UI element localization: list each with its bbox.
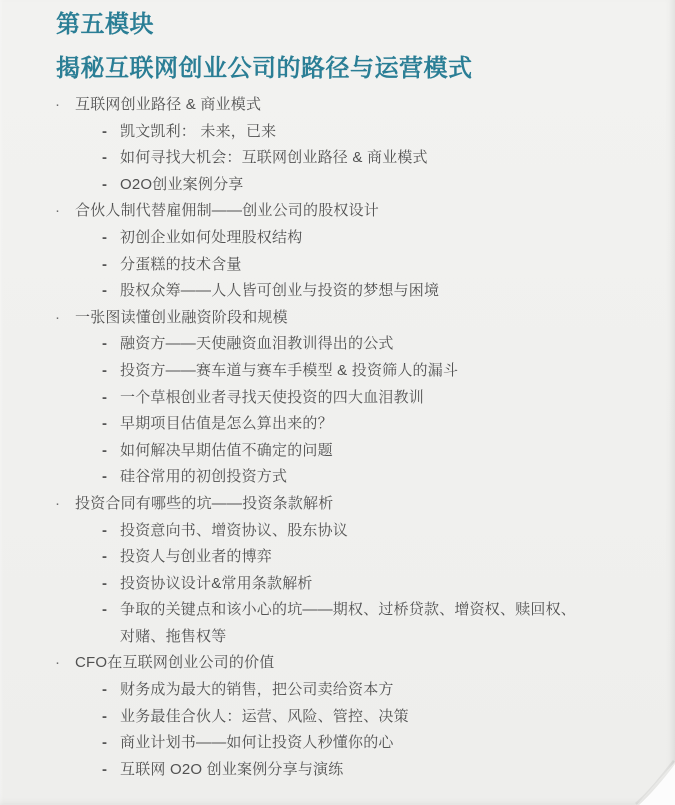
outline-section-row: ·CFO在互联网创业公司的价值 xyxy=(0,650,675,677)
bullet-dash-icon: - xyxy=(102,544,120,571)
topic-label: 投资方——赛车道与赛车手模型 & 投资筛人的漏斗 xyxy=(120,358,458,385)
bullet-dash-icon: - xyxy=(102,730,120,757)
bullet-dash-icon: - xyxy=(102,757,120,784)
bullet-dot-icon: · xyxy=(55,92,75,119)
topic-label: 争取的关键点和该小心的坑——期权、过桥贷款、增资权、赎回权、对赌、拖售权等 xyxy=(120,597,580,650)
outline-item-row: -凯文凯利： 未来，已来 xyxy=(0,119,675,146)
topic-label: 分蛋糕的技术含量 xyxy=(120,252,242,279)
bullet-dash-icon: - xyxy=(102,464,120,491)
topic-label: 初创企业如何处理股权结构 xyxy=(120,225,302,252)
topic-label: 融资方——天使融资血泪教训得出的公式 xyxy=(120,331,394,358)
topic-label: 凯文凯利： 未来，已来 xyxy=(120,119,276,146)
bullet-dash-icon: - xyxy=(102,597,120,624)
bullet-dash-icon: - xyxy=(102,571,120,598)
outline-item-row: -早期项目估值是怎么算出来的？ xyxy=(0,411,675,438)
outline-item-row: -股权众筹——人人皆可创业与投资的梦想与困境 xyxy=(0,278,675,305)
bullet-dash-icon: - xyxy=(102,518,120,545)
topic-label: 投资协议设计&常用条款解析 xyxy=(120,571,313,598)
bullet-dash-icon: - xyxy=(102,438,120,465)
bullet-dot-icon: · xyxy=(55,305,75,332)
bullet-dash-icon: - xyxy=(102,358,120,385)
bullet-dash-icon: - xyxy=(102,704,120,731)
outline-item-row: -业务最佳合伙人：运营、风险、管控、决策 xyxy=(0,704,675,731)
outline-item-row: -O2O创业案例分享 xyxy=(0,172,675,199)
bullet-dash-icon: - xyxy=(102,677,120,704)
outline-item-row: -初创企业如何处理股权结构 xyxy=(0,225,675,252)
section-label: 投资合同有哪些的坑——投资条款解析 xyxy=(75,491,333,518)
outline-item-row: -商业计划书——如何让投资人秒懂你的心 xyxy=(0,730,675,757)
topic-label: 投资意向书、增资协议、股东协议 xyxy=(120,518,348,545)
outline-item-row: -投资方——赛车道与赛车手模型 & 投资筛人的漏斗 xyxy=(0,358,675,385)
outline-item-row: -财务成为最大的销售，把公司卖给资本方 xyxy=(0,677,675,704)
outline-section-row: ·投资合同有哪些的坑——投资条款解析 xyxy=(0,491,675,518)
topic-label: 投资人与创业者的博弈 xyxy=(120,544,272,571)
bullet-dash-icon: - xyxy=(102,278,120,305)
outline-item-row: -一个草根创业者寻找天使投资的四大血泪教训 xyxy=(0,385,675,412)
topic-label: 早期项目估值是怎么算出来的？ xyxy=(120,411,333,438)
outline: ·互联网创业路径 & 商业模式-凯文凯利： 未来，已来-如何寻找大机会：互联网创… xyxy=(0,92,675,783)
bullet-dot-icon: · xyxy=(55,198,75,225)
topic-label: 一个草根创业者寻找天使投资的四大血泪教训 xyxy=(120,385,424,412)
outline-item-row: -融资方——天使融资血泪教训得出的公式 xyxy=(0,331,675,358)
bullet-dash-icon: - xyxy=(102,145,120,172)
outline-section-row: ·互联网创业路径 & 商业模式 xyxy=(0,92,675,119)
outline-section-row: ·一张图读懂创业融资阶段和规模 xyxy=(0,305,675,332)
outline-item-row: -投资协议设计&常用条款解析 xyxy=(0,571,675,598)
outline-item-row: -互联网 O2O 创业案例分享与演练 xyxy=(0,757,675,784)
section-label: 一张图读懂创业融资阶段和规模 xyxy=(75,305,288,332)
topic-label: 业务最佳合伙人：运营、风险、管控、决策 xyxy=(120,704,409,731)
bullet-dot-icon: · xyxy=(55,650,75,677)
bullet-dash-icon: - xyxy=(102,225,120,252)
topic-label: 互联网 O2O 创业案例分享与演练 xyxy=(120,757,343,784)
section-label: CFO在互联网创业公司的价值 xyxy=(75,650,274,677)
topic-label: 股权众筹——人人皆可创业与投资的梦想与困境 xyxy=(120,278,439,305)
outline-item-row: -如何寻找大机会：互联网创业路径 & 商业模式 xyxy=(0,145,675,172)
topic-label: 商业计划书——如何让投资人秒懂你的心 xyxy=(120,730,394,757)
outline-item-row: -分蛋糕的技术含量 xyxy=(0,252,675,279)
page-curl-corner xyxy=(625,755,675,805)
topic-label: 财务成为最大的销售，把公司卖给资本方 xyxy=(120,677,394,704)
bullet-dash-icon: - xyxy=(102,411,120,438)
bullet-dash-icon: - xyxy=(102,385,120,412)
bullet-dash-icon: - xyxy=(102,119,120,146)
outline-item-row: -如何解决早期估值不确定的问题 xyxy=(0,438,675,465)
bullet-dash-icon: - xyxy=(102,331,120,358)
bullet-dot-icon: · xyxy=(55,491,75,518)
topic-label: 如何寻找大机会：互联网创业路径 & 商业模式 xyxy=(120,145,428,172)
bullet-dash-icon: - xyxy=(102,172,120,199)
topic-label: O2O创业案例分享 xyxy=(120,172,243,199)
module-label: 第五模块 xyxy=(56,10,154,40)
outline-item-row: -投资人与创业者的博弈 xyxy=(0,544,675,571)
outline-section-row: ·合伙人制代替雇佣制——创业公司的股权设计 xyxy=(0,198,675,225)
topic-label: 如何解决早期估值不确定的问题 xyxy=(120,438,333,465)
bullet-dash-icon: - xyxy=(102,252,120,279)
outline-item-row: -硅谷常用的初创投资方式 xyxy=(0,464,675,491)
page-title: 揭秘互联网创业公司的路径与运营模式 xyxy=(56,53,473,85)
document-page: 第五模块 揭秘互联网创业公司的路径与运营模式 ·互联网创业路径 & 商业模式-凯… xyxy=(0,0,675,805)
section-label: 互联网创业路径 & 商业模式 xyxy=(75,92,261,119)
outline-item-row: -争取的关键点和该小心的坑——期权、过桥贷款、增资权、赎回权、对赌、拖售权等 xyxy=(0,597,675,650)
section-label: 合伙人制代替雇佣制——创业公司的股权设计 xyxy=(75,198,379,225)
topic-label: 硅谷常用的初创投资方式 xyxy=(120,464,287,491)
outline-item-row: -投资意向书、增资协议、股东协议 xyxy=(0,518,675,545)
